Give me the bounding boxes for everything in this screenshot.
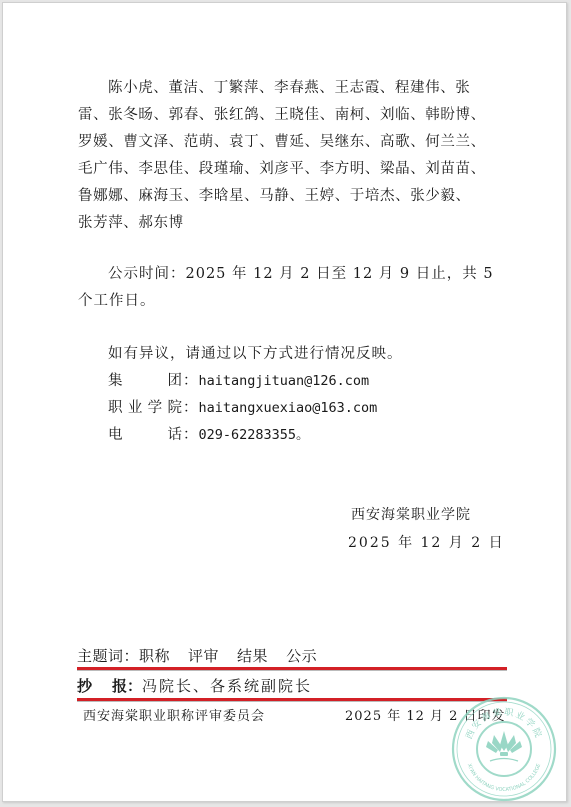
label-char: 院: [167, 395, 183, 422]
label-char: 话: [168, 422, 184, 449]
signature-org: 西安海棠职业学院: [351, 501, 505, 529]
document-page: 陈小虎、董洁、丁繁萍、李春燕、王志霞、程建伟、张 雷、张冬旸、郭春、张红鸽、王晓…: [2, 2, 567, 802]
cc-label-char: 报：: [112, 677, 142, 695]
label-char: 团: [168, 368, 184, 395]
label-char: 学: [148, 395, 164, 422]
keywords-label: 主题词：: [77, 647, 139, 665]
names-line: 罗媛、曹文泽、范萌、袁丁、曹延、吴继东、高歌、何兰兰、: [78, 129, 488, 156]
colon: ：: [183, 422, 199, 449]
notice-period-line: 个工作日。: [78, 288, 488, 315]
names-paragraph: 陈小虎、董洁、丁繁萍、李春燕、王志霞、程建伟、张 雷、张冬旸、郭春、张红鸽、王晓…: [78, 75, 488, 237]
contact-group: 集 团 ： haitangjituan@126.com: [78, 368, 488, 395]
contact-phone: 电 话 ： 029-62283355。: [78, 422, 488, 449]
cc-line: 抄报：冯院长、各系统副院长: [77, 674, 507, 698]
signature-block: 西安海棠职业学院 2025 年 12 月 2 日: [351, 501, 505, 557]
college-seal-icon: 西安海棠职业学院 XI'AN HAITANG VOCATIONAL COLLEG…: [450, 695, 558, 803]
notice-period: 公示时间：2025 年 12 月 2 日至 12 月 9 日止，共 5 个工作日…: [78, 261, 488, 315]
names-line: 雷、张冬旸、郭春、张红鸽、王晓佳、南柯、刘临、韩盼博、: [78, 102, 488, 129]
colon: ：: [183, 395, 199, 422]
keyword: 职称: [139, 647, 170, 665]
label-char: 业: [128, 395, 144, 422]
contact-college: 职 业 学 院 ： haitangxuexiao@163.com: [78, 395, 488, 422]
keyword: 评审: [188, 647, 219, 665]
label-char: 集: [108, 368, 124, 395]
keyword: 结果: [237, 647, 268, 665]
contact-label: 职 业 学 院: [108, 395, 183, 422]
cc-label: 抄报：: [77, 677, 142, 695]
issuer: 西安海棠职业职称评审委员会: [83, 705, 265, 724]
label-char: 电: [108, 422, 124, 449]
contact-label: 集 团: [108, 368, 183, 395]
colon: ：: [183, 368, 199, 395]
names-line: 鲁娜娜、麻海玉、李晗星、马静、王婷、于培杰、张少毅、: [78, 183, 488, 210]
svg-text:XI'AN HAITANG VOCATIONAL COLLE: XI'AN HAITANG VOCATIONAL COLLEGE: [466, 763, 542, 793]
red-rule-bottom: [77, 698, 507, 701]
objection-section: 如有异议，请通过以下方式进行情况反映。 集 团 ： haitangjituan@…: [78, 341, 488, 449]
notice-period-line: 公示时间：2025 年 12 月 2 日至 12 月 9 日止，共 5: [78, 261, 488, 288]
objection-intro: 如有异议，请通过以下方式进行情况反映。: [78, 341, 488, 368]
contact-email-group[interactable]: haitangjituan@126.com: [199, 368, 370, 395]
names-line: 陈小虎、董洁、丁繁萍、李春燕、王志霞、程建伟、张: [78, 75, 488, 102]
red-rule-top: [77, 667, 507, 670]
contact-phone-number: 029-62283355。: [199, 422, 310, 449]
contact-email-college[interactable]: haitangxuexiao@163.com: [199, 395, 378, 422]
keywords-line: 主题词：职称评审结果公示: [77, 644, 507, 668]
names-line: 毛广伟、李思佳、段瑾瑜、刘彦平、李方明、梁晶、刘苗苗、: [78, 156, 488, 183]
keyword: 公示: [286, 647, 317, 665]
signature-date: 2025 年 12 月 2 日: [348, 529, 505, 557]
cc-label-char: 抄: [77, 677, 92, 695]
label-char: 职: [108, 395, 124, 422]
contact-label: 电 话: [108, 422, 183, 449]
names-line: 张芳萍、郝东博: [78, 210, 488, 237]
cc-recipients: 冯院长、各系统副院长: [142, 677, 312, 695]
